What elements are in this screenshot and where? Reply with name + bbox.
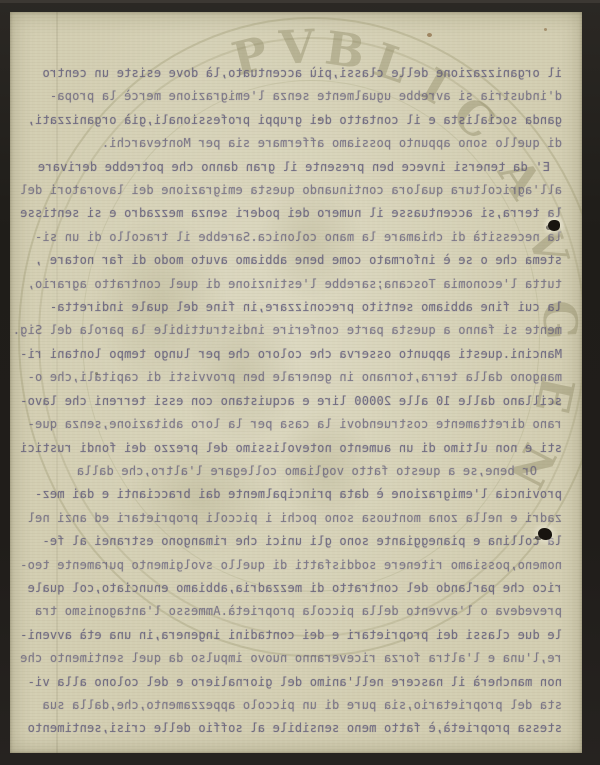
typed-line: rano direttamente costruendovi la casa p…: [38, 413, 562, 436]
foxing-spot: [427, 33, 432, 37]
typed-line: mente si fanno a questa parte conferire …: [38, 319, 562, 342]
typed-line: prevedeva o l'avvento della piccola prop…: [38, 600, 562, 623]
typed-line: stessa proprietà,è fatto meno sensibile …: [38, 717, 562, 740]
typed-line: d'industria si avrebbe ugualmente senza …: [38, 85, 562, 108]
ink-blot-upper: [548, 220, 560, 231]
typed-line: Mancini.questi appunto osserva che color…: [38, 343, 562, 366]
typed-line: il organizzazione delle classi,più accen…: [38, 62, 562, 85]
ink-blot-lower: [538, 528, 552, 540]
typed-line: la cui fine abbiamo sentito preconizzare…: [38, 296, 562, 319]
typed-line: scillano dalle 10 alle 20000 lire e acqu…: [38, 390, 562, 413]
typed-line: rico che parlando del contratto di mezza…: [38, 577, 562, 600]
typed-line: la necessità di chiamare la mano colonic…: [38, 226, 562, 249]
typed-text-block: il organizzazione delle classi,più accen…: [38, 62, 562, 741]
foxing-spot: [318, 118, 321, 121]
typed-line: all'agricoltura qualora continuando ques…: [38, 179, 562, 202]
typed-line: E' da tenersi invece ben presente il gra…: [38, 156, 562, 179]
typed-line: la terra,si accentuasse il numero dei po…: [38, 202, 562, 225]
typed-line: tutta l'economia Toscana;sarebbe l'estin…: [38, 273, 562, 296]
typed-line: Or bene,se a questo fatto vogliamo colle…: [38, 460, 562, 483]
typed-line: mangono dalla terra,tornano in generale …: [38, 366, 562, 389]
typed-line: sta del proprietario,sia pure di un picc…: [38, 694, 562, 717]
typed-line: provincia l'emigrazione è data principal…: [38, 483, 562, 506]
typed-line: nomeno,possiamo ritenere soddisfatti di …: [38, 554, 562, 577]
typed-line: non mancherà il nascere nell'animo del g…: [38, 671, 562, 694]
typed-line: le due classi dei proprietari e dei cont…: [38, 624, 562, 647]
paper-sheet: PVBLICAVGEN il organizzazione delle clas…: [10, 12, 582, 753]
typed-line: ganda socialista e il contatto dei grupp…: [38, 109, 562, 132]
typed-line: zadri e nella zona montuosa sono pochi i…: [38, 507, 562, 530]
typed-line: sti e non ultimo di un aumento notevolis…: [38, 437, 562, 460]
typed-line: la collina e pianeggiante sono gli unici…: [38, 530, 562, 553]
typed-line: re,l'una e l'altra forza riceveranno nuo…: [38, 647, 562, 670]
scanned-page-background: PVBLICAVGEN il organizzazione delle clas…: [0, 0, 600, 765]
foxing-spot: [544, 28, 547, 31]
foxing-spot: [95, 372, 98, 375]
typed-line: di quello sono appunto possiamo affermar…: [38, 132, 562, 155]
typed-line: stema che o se è informato come bene abb…: [38, 249, 562, 272]
scanner-edge-strip: [0, 0, 600, 3]
